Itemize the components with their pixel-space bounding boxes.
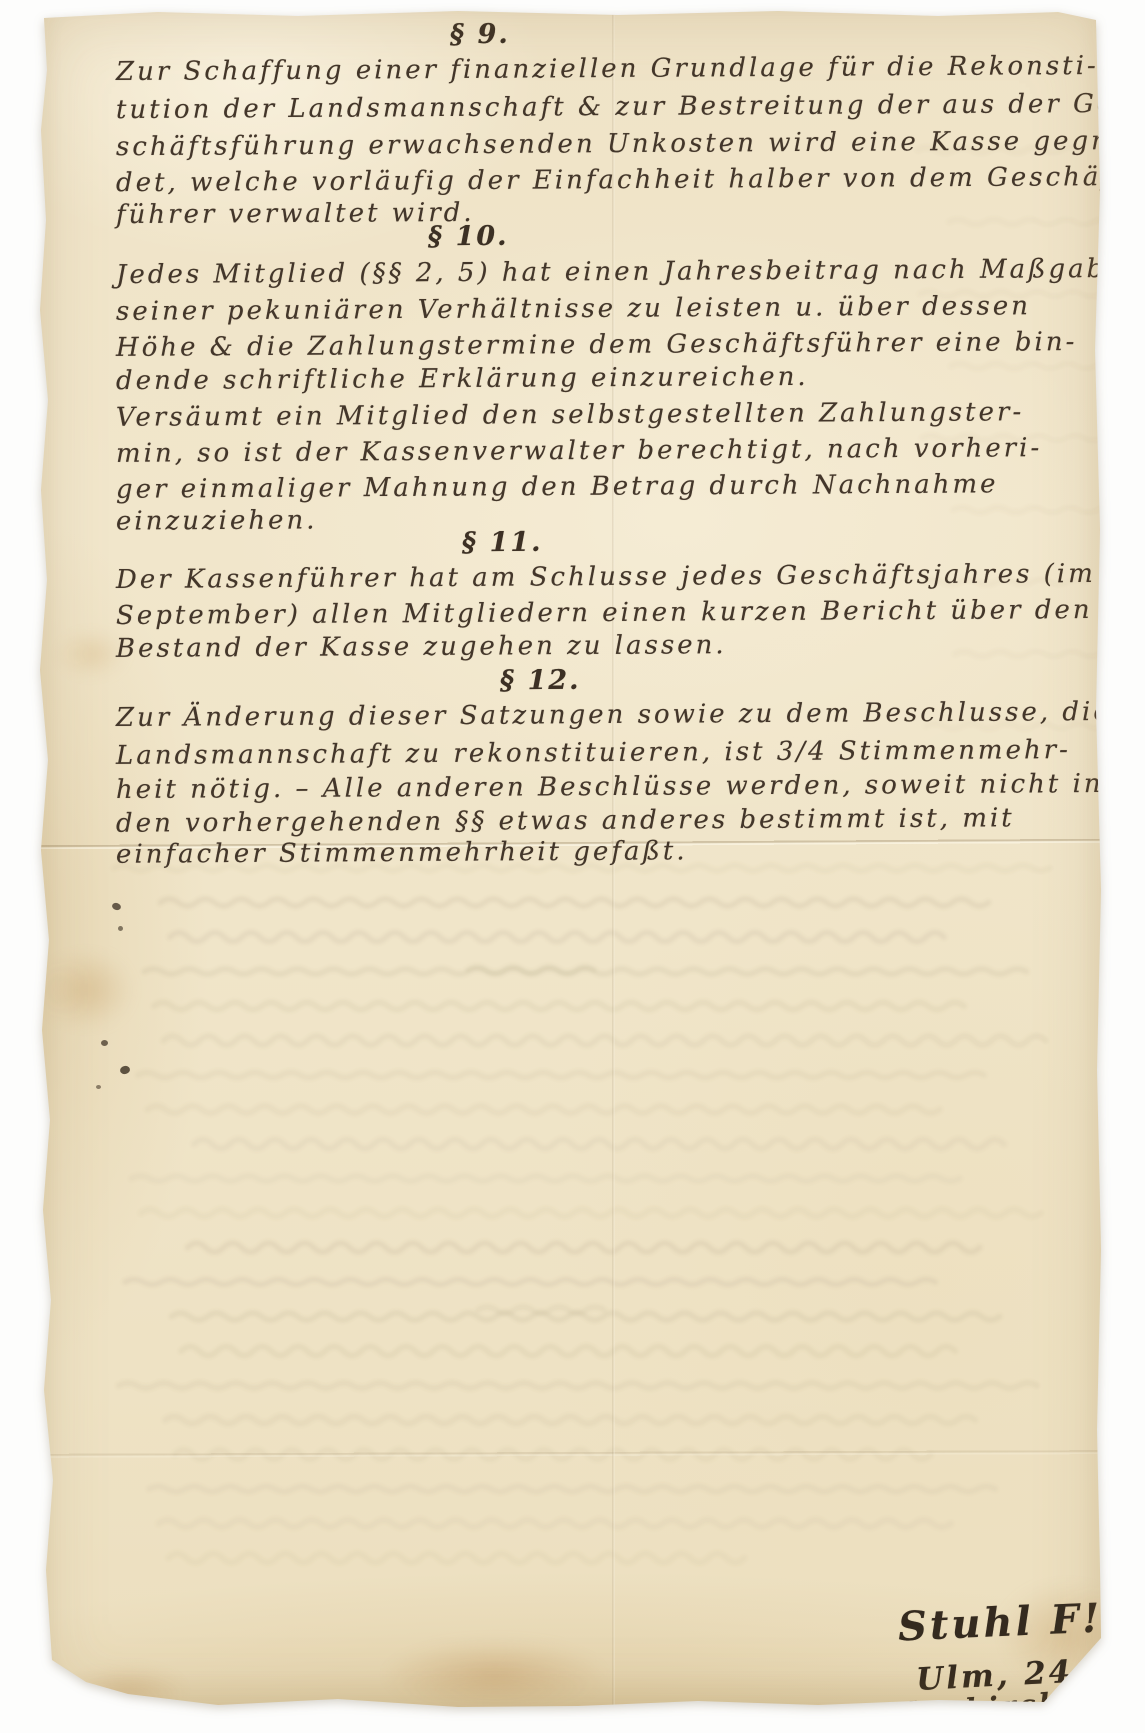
stain — [68, 1665, 188, 1715]
manuscript-line: Versäumt ein Mitglied den selbstgestellt… — [116, 395, 1024, 435]
manuscript-line: September) allen Mitgliedern einen kurze… — [116, 593, 1093, 633]
manuscript-line: einzuziehen. — [116, 503, 318, 538]
ink-blot — [111, 902, 122, 912]
paper-sheet: § 9. Zur Schaffung einer finanziellen Gr… — [38, 10, 1103, 1708]
manuscript-line: Der Kassenführer hat am Schlusse jedes G… — [116, 557, 1096, 597]
manuscript-line: Bestand der Kasse zugehen zu lassen. — [116, 628, 727, 666]
section-heading: § 9. — [450, 18, 510, 52]
manuscript-line: Landsmannschaft zu rekonstituieren, ist … — [116, 733, 1071, 773]
manuscript-line: Höhe & die Zahlungstermine dem Geschäfts… — [116, 325, 1078, 365]
manuscript-line: min, so ist der Kassenverwalter berechti… — [116, 431, 1042, 471]
manuscript-line: Zur Schaffung einer finanziellen Grundla… — [116, 49, 1099, 89]
paper-surface: § 9. Zur Schaffung einer finanziellen Gr… — [38, 10, 1103, 1708]
manuscript-line: ger einmaliger Mahnung den Betrag durch … — [116, 467, 999, 506]
signature-salute: Stuhl F! — [897, 1602, 1103, 1645]
section-heading: § 10. — [428, 220, 509, 254]
section-heading: § 12. — [500, 664, 581, 698]
stain — [38, 950, 133, 1030]
manuscript-line: einfacher Stimmenmehrheit gefaßt. — [116, 834, 688, 871]
manuscript-line: dende schriftliche Erklärung einzureiche… — [116, 360, 809, 398]
ink-blot — [101, 1040, 108, 1046]
manuscript-line: tution der Landsmannschaft & zur Bestrei… — [116, 87, 1127, 127]
ink-blot — [96, 1085, 101, 1089]
scanned-document: § 9. Zur Schaffung einer finanziellen Gr… — [0, 0, 1145, 1733]
fold-crease-horizontal-faint — [38, 1450, 1103, 1458]
ink-blot — [119, 1065, 131, 1075]
manuscript-line: Jedes Mitglied (§§ 2, 5) hat einen Jahre… — [116, 252, 1125, 292]
manuscript-line: det, welche vorläufig der Einfachheit ha… — [116, 160, 1145, 200]
manuscript-line: Zur Änderung dieser Satzungen sowie zu d… — [116, 695, 1112, 735]
manuscript-line: führer verwaltet wird. — [116, 196, 475, 232]
ink-blot — [118, 926, 123, 931]
manuscript-line: seiner pekuniären Verhältnisse zu leiste… — [116, 289, 1031, 329]
section-heading: § 11. — [462, 526, 543, 560]
stain — [380, 1640, 610, 1710]
manuscript-line: schäftsführung erwachsenden Unkosten wir… — [116, 124, 1145, 164]
